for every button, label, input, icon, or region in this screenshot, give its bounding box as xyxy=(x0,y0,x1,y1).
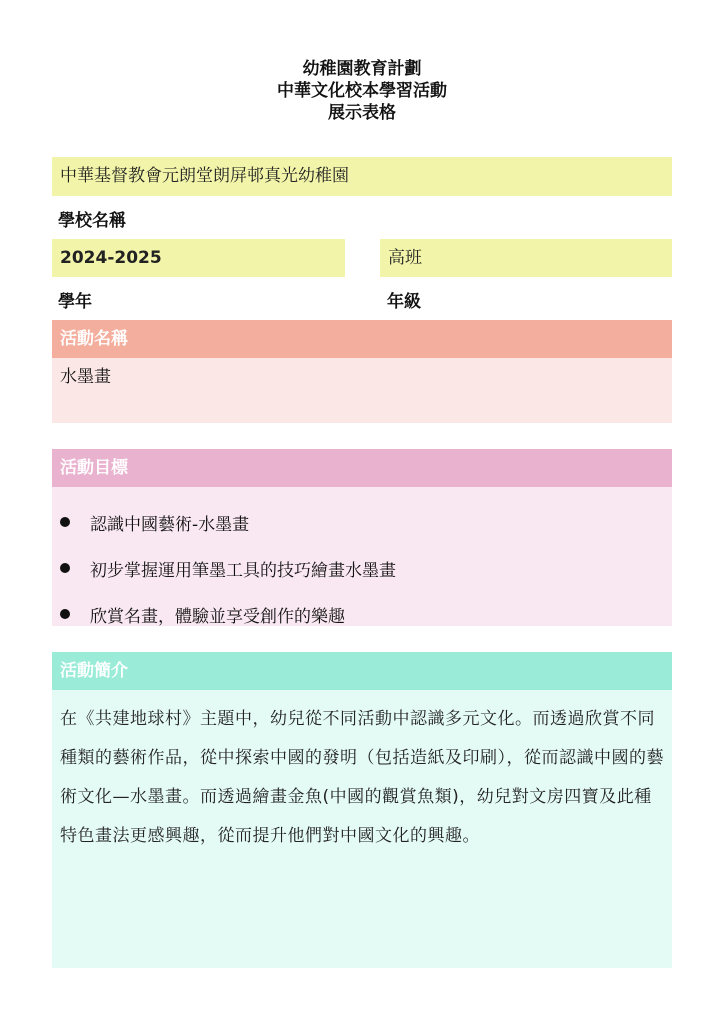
school-year-value: 2024-2025 xyxy=(52,239,345,277)
document-title: 幼稚園教育計劃 中華文化校本學習活動 展示表格 xyxy=(0,58,724,124)
school-year-label: 學年 xyxy=(58,287,92,312)
title-line-2: 中華文化校本學習活動 xyxy=(0,80,724,102)
school-name-label: 學校名稱 xyxy=(58,206,126,231)
school-year-field[interactable]: 2024-2025 xyxy=(52,239,345,277)
activity-name-header: 活動名稱 xyxy=(52,320,672,358)
goal-item: 初步掌握運用筆墨工具的技巧繪畫水墨畫 xyxy=(52,545,672,591)
activity-name-value: 水墨畫 xyxy=(60,367,111,387)
title-line-3: 展示表格 xyxy=(0,102,724,124)
goal-item: 欣賞名畫，體驗並享受創作的樂趣 xyxy=(52,591,672,637)
grade-label: 年級 xyxy=(387,287,421,312)
goal-text: 欣賞名畫，體驗並享受創作的樂趣 xyxy=(90,602,345,627)
title-line-1: 幼稚園教育計劃 xyxy=(0,58,724,80)
activity-goals-header: 活動目標 xyxy=(52,449,672,487)
bullet-icon xyxy=(60,609,70,619)
activity-intro-text: 在《共建地球村》主題中，幼兒從不同活動中認識多元文化。而透過欣賞不同種類的藝術作… xyxy=(60,709,664,846)
goal-item: 認識中國藝術-水墨畫 xyxy=(52,499,672,545)
school-name-field[interactable]: 中華基督教會元朗堂朗屏邨真光幼稚園 xyxy=(52,157,672,196)
goal-text: 認識中國藝術-水墨畫 xyxy=(90,510,249,535)
grade-field[interactable]: 高班 xyxy=(380,239,672,277)
bullet-icon xyxy=(60,563,70,573)
grade-value: 高班 xyxy=(380,239,672,277)
activity-name-field[interactable]: 水墨畫 xyxy=(52,358,672,423)
activity-goals-list[interactable]: 認識中國藝術-水墨畫 初步掌握運用筆墨工具的技巧繪畫水墨畫 欣賞名畫，體驗並享受… xyxy=(52,487,672,626)
school-name-value: 中華基督教會元朗堂朗屏邨真光幼稚園 xyxy=(52,157,672,195)
activity-intro-field[interactable]: 在《共建地球村》主題中，幼兒從不同活動中認識多元文化。而透過欣賞不同種類的藝術作… xyxy=(52,690,672,968)
activity-intro-header: 活動簡介 xyxy=(52,652,672,690)
bullet-icon xyxy=(60,517,70,527)
goal-text: 初步掌握運用筆墨工具的技巧繪畫水墨畫 xyxy=(90,556,396,581)
